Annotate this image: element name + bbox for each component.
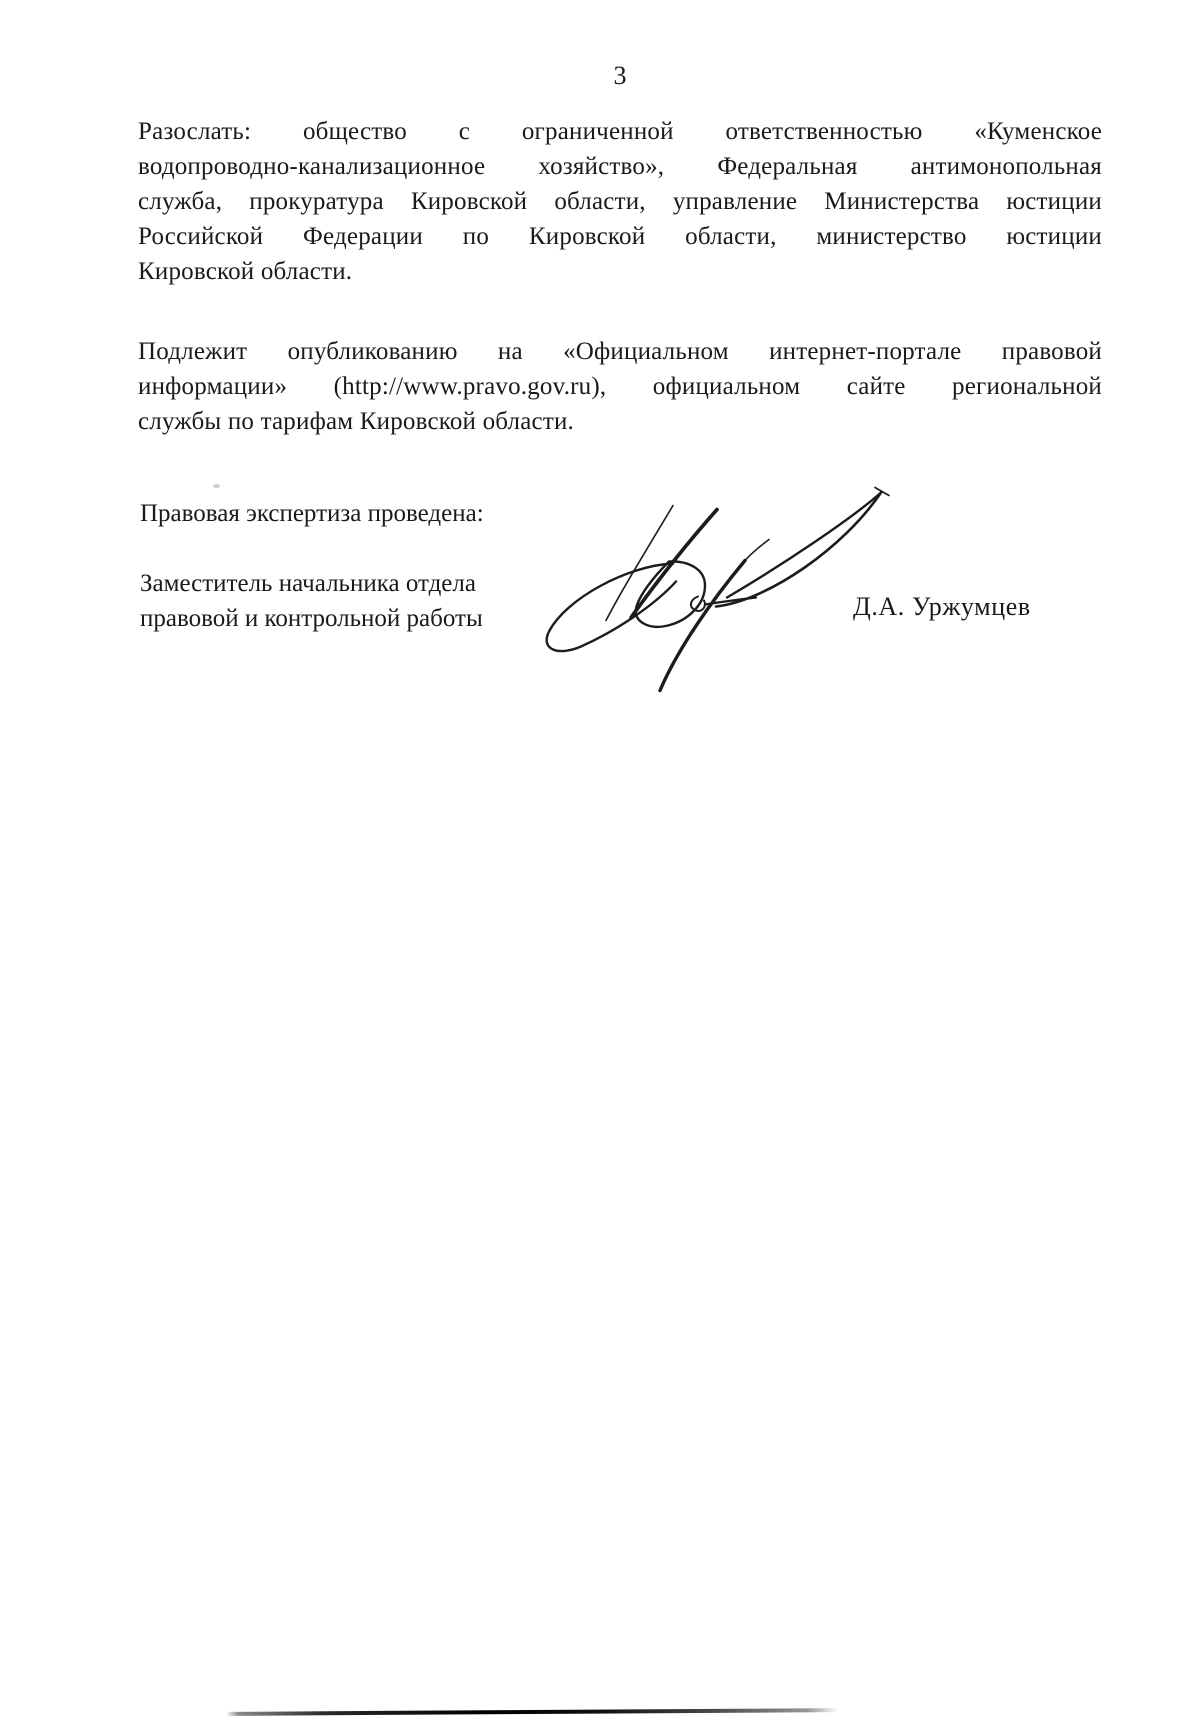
paragraph-line: службы по тарифам Кировской области. — [138, 404, 1102, 439]
paragraph-line: водопроводно-канализационное хозяйство»,… — [138, 149, 1102, 184]
page-number: 3 — [138, 61, 1102, 91]
signer-position-line: Заместитель начальника отдела — [140, 566, 483, 601]
document-page: 3 Разослать: общество с ограниченной отв… — [0, 0, 1200, 1721]
paragraph-line: Российской Федерации по Кировской област… — [138, 219, 1102, 254]
paragraph-line: информации» (http://www.pravo.gov.ru), о… — [138, 369, 1102, 404]
paragraph-line: Разослать: общество с ограниченной ответ… — [138, 114, 1102, 149]
paragraph-publication: Подлежит опубликованию на «Официальном и… — [138, 334, 1102, 439]
signer-position: Заместитель начальника отдела правовой и… — [140, 566, 483, 636]
paragraph-line: Подлежит опубликованию на «Официальном и… — [138, 334, 1102, 369]
scan-artifact-line — [226, 1708, 838, 1716]
signer-name: Д.А. Уржумцев — [853, 589, 1031, 624]
signer-position-line: правовой и контрольной работы — [140, 601, 483, 636]
handwritten-signature-icon — [520, 452, 920, 707]
paragraph-line: служба, прокуратура Кировской области, у… — [138, 184, 1102, 219]
paragraph-distribution: Разослать: общество с ограниченной ответ… — [138, 114, 1102, 289]
paragraph-line: Кировской области. — [138, 254, 1102, 289]
legal-review-statement: Правовая экспертиза проведена: — [140, 496, 484, 531]
scan-speck — [213, 484, 220, 488]
